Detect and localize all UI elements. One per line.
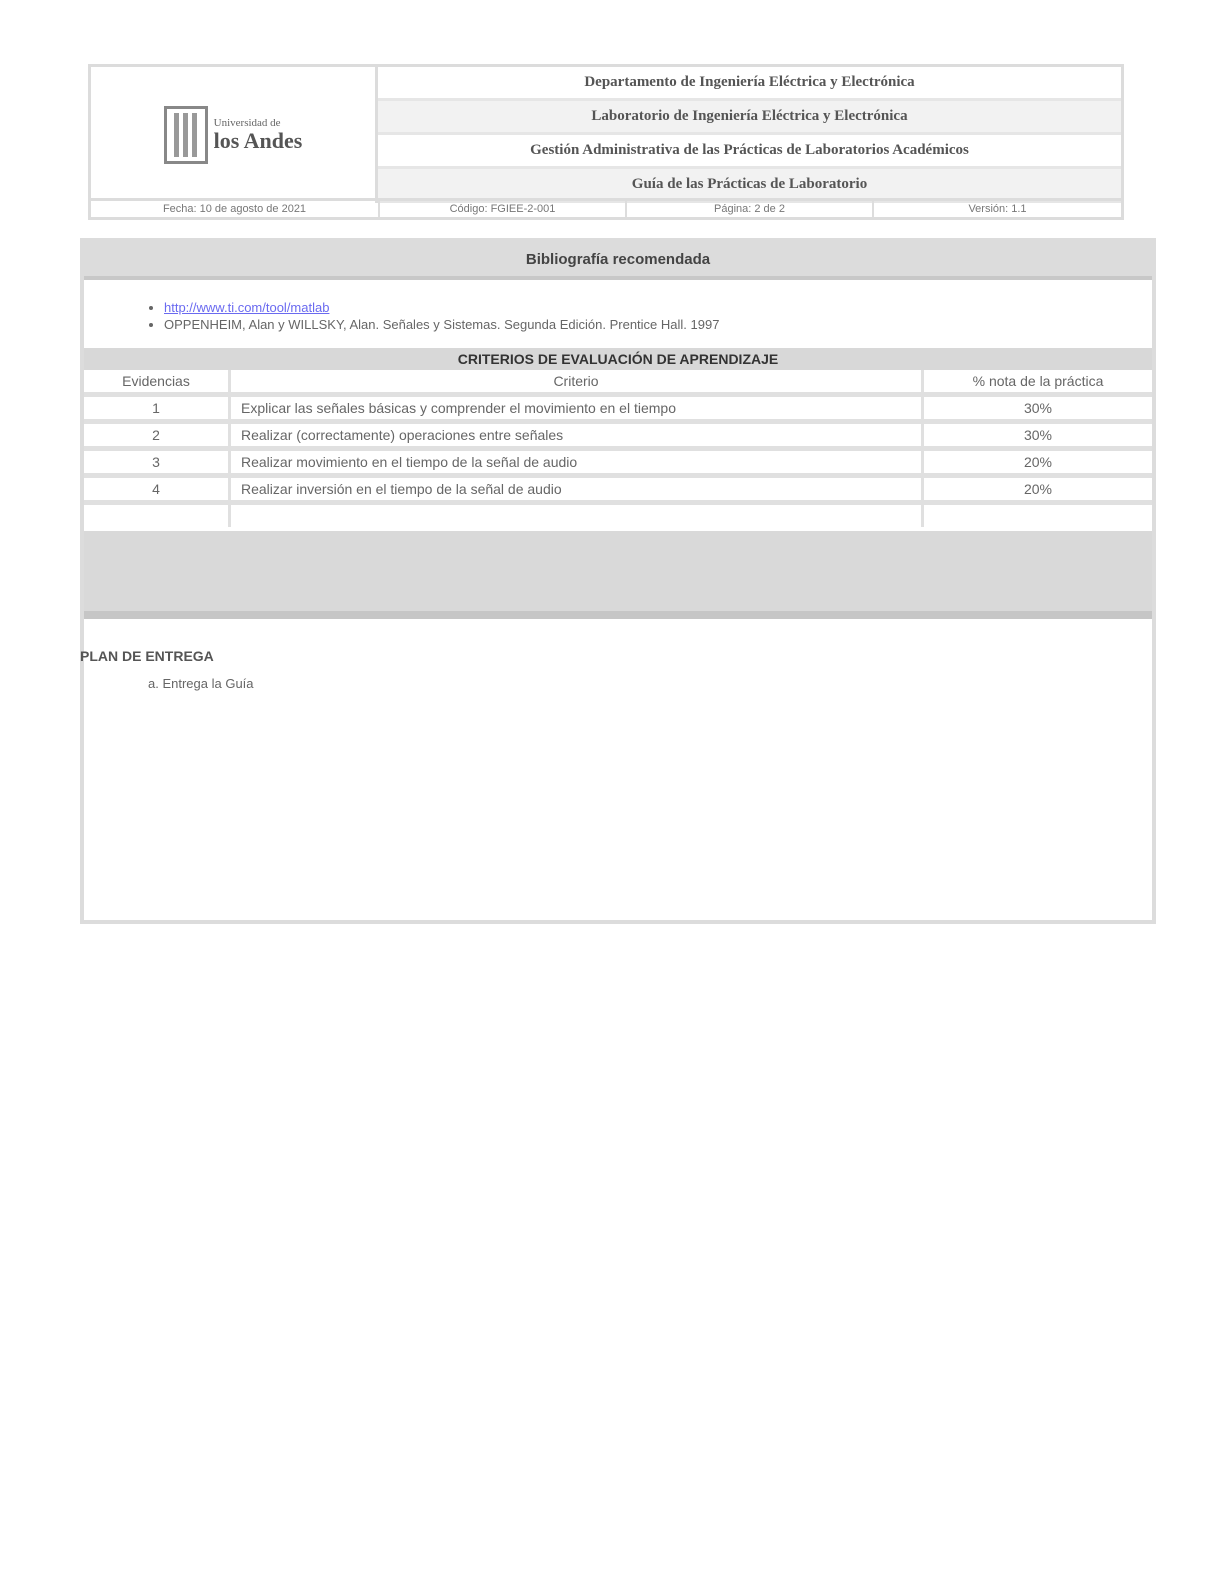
plan-title: PLAN DE ENTREGA xyxy=(80,648,214,664)
document-header: Universidad de los Andes Departamento de… xyxy=(88,64,1124,220)
row-number: 4 xyxy=(84,476,230,503)
criteria-title: CRITERIOS DE EVALUACIÓN DE APRENDIZAJE xyxy=(84,348,1152,370)
bibliography-title: Bibliografía recomendada xyxy=(84,242,1152,280)
section-divider xyxy=(84,531,1152,619)
col-percent: % nota de la práctica xyxy=(923,370,1153,395)
criteria-table: Evidencias Criterio % nota de la práctic… xyxy=(84,370,1152,527)
header-version: Versión: 1.1 xyxy=(874,201,1121,217)
bibliography-link[interactable]: http://www.ti.com/tool/matlab xyxy=(164,300,329,315)
main-content: Bibliografía recomendada http://www.ti.c… xyxy=(80,238,1156,924)
university-logo: Universidad de los Andes xyxy=(164,106,303,164)
header-date: Fecha: 10 de agosto de 2021 xyxy=(91,201,380,217)
row-percent: 20% xyxy=(923,476,1153,503)
row-criterion: Realizar inversión en el tiempo de la se… xyxy=(230,476,923,503)
row-percent: 30% xyxy=(923,422,1153,449)
row-number: 1 xyxy=(84,395,230,422)
table-row: 2 Realizar (correctamente) operaciones e… xyxy=(84,422,1152,449)
header-laboratory: Laboratorio de Ingeniería Eléctrica y El… xyxy=(378,101,1121,135)
row-percent: 30% xyxy=(923,395,1153,422)
row-number: 2 xyxy=(84,422,230,449)
col-evidence: Evidencias xyxy=(84,370,230,395)
plan-subtitle: a. Entrega la Guía xyxy=(148,676,254,691)
bibliography-list: http://www.ti.com/tool/matlab OPPENHEIM,… xyxy=(84,280,1152,348)
logo-mark-icon xyxy=(164,106,208,164)
logo-line2: los Andes xyxy=(214,129,303,153)
table-row-empty xyxy=(84,503,1152,528)
header-footer: Fecha: 10 de agosto de 2021 Código: FGIE… xyxy=(91,198,1121,217)
header-code: Código: FGIEE-2-001 xyxy=(380,201,627,217)
row-number: 3 xyxy=(84,449,230,476)
header-management: Gestión Administrativa de las Prácticas … xyxy=(378,135,1121,169)
bibliography-item[interactable]: http://www.ti.com/tool/matlab xyxy=(164,300,1152,315)
row-criterion: Realizar (correctamente) operaciones ent… xyxy=(230,422,923,449)
table-row: 1 Explicar las señales básicas y compren… xyxy=(84,395,1152,422)
logo-cell: Universidad de los Andes xyxy=(91,67,378,203)
row-criterion: Explicar las señales básicas y comprende… xyxy=(230,395,923,422)
header-page: Página: 2 de 2 xyxy=(627,201,874,217)
header-department: Departamento de Ingeniería Eléctrica y E… xyxy=(378,67,1121,101)
bibliography-item: OPPENHEIM, Alan y WILLSKY, Alan. Señales… xyxy=(164,317,1152,332)
table-row: 3 Realizar movimiento en el tiempo de la… xyxy=(84,449,1152,476)
col-criterion: Criterio xyxy=(230,370,923,395)
table-row: 4 Realizar inversión en el tiempo de la … xyxy=(84,476,1152,503)
row-criterion: Realizar movimiento en el tiempo de la s… xyxy=(230,449,923,476)
row-percent: 20% xyxy=(923,449,1153,476)
